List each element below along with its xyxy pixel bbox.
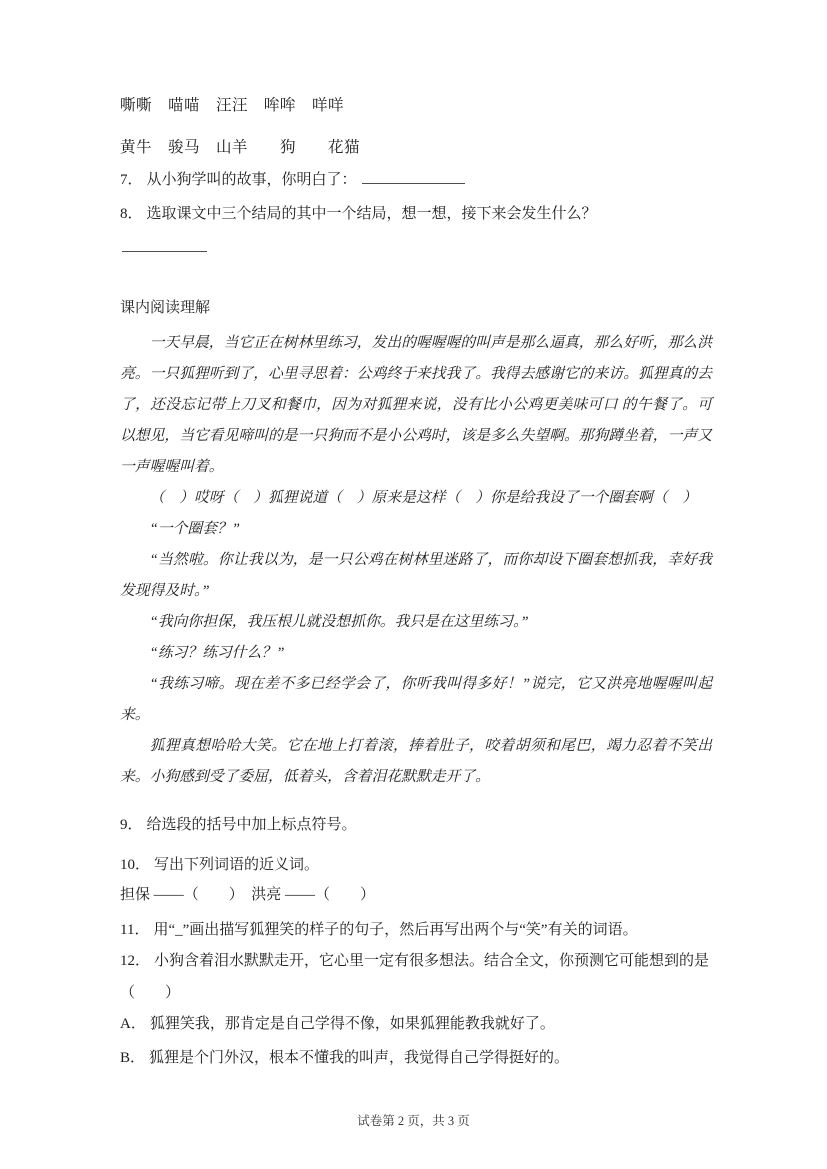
page-footer: 试卷第 2 页，共 3 页: [0, 1112, 827, 1130]
question-12-option-a: A．狐狸笑我，那肯定是自己学得不像，如果狐狸能教我就好了。: [120, 1014, 712, 1034]
question-7-answer-blank: [362, 170, 465, 184]
option-a-label: A．: [120, 1016, 146, 1032]
question-12-number: 12．: [120, 953, 150, 969]
exam-paper-page: 嘶嘶 喵喵 汪汪 哞哞 咩咩 黄牛 骏马 山羊 狗 花猫 7．从小狗学叫的故事，…: [0, 0, 827, 1169]
option-a-text: 狐狸笑我，那肯定是自己学得不像，如果狐狸能教我就好了。: [150, 1016, 555, 1032]
page-content: 嘶嘶 喵喵 汪汪 哞哞 咩咩 黄牛 骏马 山羊 狗 花猫 7．从小狗学叫的故事，…: [120, 95, 712, 1082]
passage-paragraph-6: “练习？练习什么？”: [120, 638, 712, 669]
question-10-text: 写出下列词语的近义词。: [154, 857, 319, 873]
question-7-number: 7．: [120, 172, 143, 188]
question-7-text: 从小狗学叫的故事，你明白了：: [147, 172, 357, 188]
question-11: 11．用“_”画出描写狐狸笑的样子的句子，然后再写出两个与“笑”有关的词语。: [120, 920, 712, 940]
question-9-number: 9．: [120, 817, 143, 833]
question-12-text: 小狗含着泪水默默走开，它心里一定有很多想法。结合全文，你预测它可能想到的是: [154, 953, 709, 969]
word-row-animal-names: 黄牛 骏马 山羊 狗 花猫: [120, 137, 712, 159]
question-11-number: 11．: [120, 922, 149, 938]
question-12: 12．小狗含着泪水默默走开，它心里一定有很多想法。结合全文，你预测它可能想到的是: [120, 951, 712, 971]
question-8-number: 8．: [120, 206, 143, 222]
reading-section-heading: 课内阅读理解: [120, 298, 712, 318]
question-10-synonym-blanks: 担保 ——（ ） 洪亮 ——（ ）: [120, 885, 712, 905]
reading-passage: 一天早晨，当它正在树林里练习，发出的喔喔喔的叫声是那么逼真，那么好听，那么洪亮。…: [120, 328, 712, 793]
passage-paragraph-8: 狐狸真想哈哈大笑。它在地上打着滚，捧着肚子，咬着胡须和尾巴，竭力忍着不笑出来。小…: [120, 731, 712, 793]
passage-paragraph-4: “当然啦。你让我以为，是一只公鸡在树林里迷路了，而你却设下圈套想抓我，幸好我发现…: [120, 545, 712, 607]
option-b-text: 狐狸是个门外汉，根本不懂我的叫声，我觉得自己学得挺好的。: [149, 1050, 569, 1066]
passage-paragraph-1: 一天早晨，当它正在树林里练习，发出的喔喔喔的叫声是那么逼真，那么好听，那么洪亮。…: [120, 328, 712, 483]
question-9: 9．给选段的括号中加上标点符号。: [120, 815, 712, 835]
question-8-answer-blank: [122, 251, 207, 252]
passage-paragraph-7: “我练习啼。现在差不多已经学会了，你听我叫得多好！”说完，它又洪亮地喔喔叫起来。: [120, 669, 712, 731]
passage-paragraph-2: （ ）哎呀（ ）狐狸说道（ ）原来是这样（ ）你是给我设了一个圈套啊（ ）: [120, 483, 712, 514]
question-7: 7．从小狗学叫的故事，你明白了：: [120, 170, 712, 190]
question-9-text: 给选段的括号中加上标点符号。: [147, 817, 357, 833]
passage-paragraph-3: “一个圈套？”: [120, 514, 712, 545]
question-11-text: 用“_”画出描写狐狸笑的样子的句子，然后再写出两个与“笑”有关的词语。: [153, 922, 637, 938]
passage-paragraph-5: “我向你担保，我压根儿就没想抓你。我只是在这里练习。”: [120, 607, 712, 638]
question-12-answer-bracket: （ ）: [120, 983, 712, 1003]
question-8: 8．选取课文中三个结局的其中一个结局，想一想，接下来会发生什么？: [120, 204, 712, 224]
question-10-number: 10．: [120, 857, 150, 873]
question-12-option-b: B．狐狸是个门外汉，根本不懂我的叫声，我觉得自己学得挺好的。: [120, 1048, 712, 1068]
word-row-animal-sounds: 嘶嘶 喵喵 汪汪 哞哞 咩咩: [120, 95, 712, 117]
option-b-label: B．: [120, 1050, 145, 1066]
question-10: 10．写出下列词语的近义词。: [120, 855, 712, 875]
question-8-text: 选取课文中三个结局的其中一个结局，想一想，接下来会发生什么？: [147, 206, 597, 222]
